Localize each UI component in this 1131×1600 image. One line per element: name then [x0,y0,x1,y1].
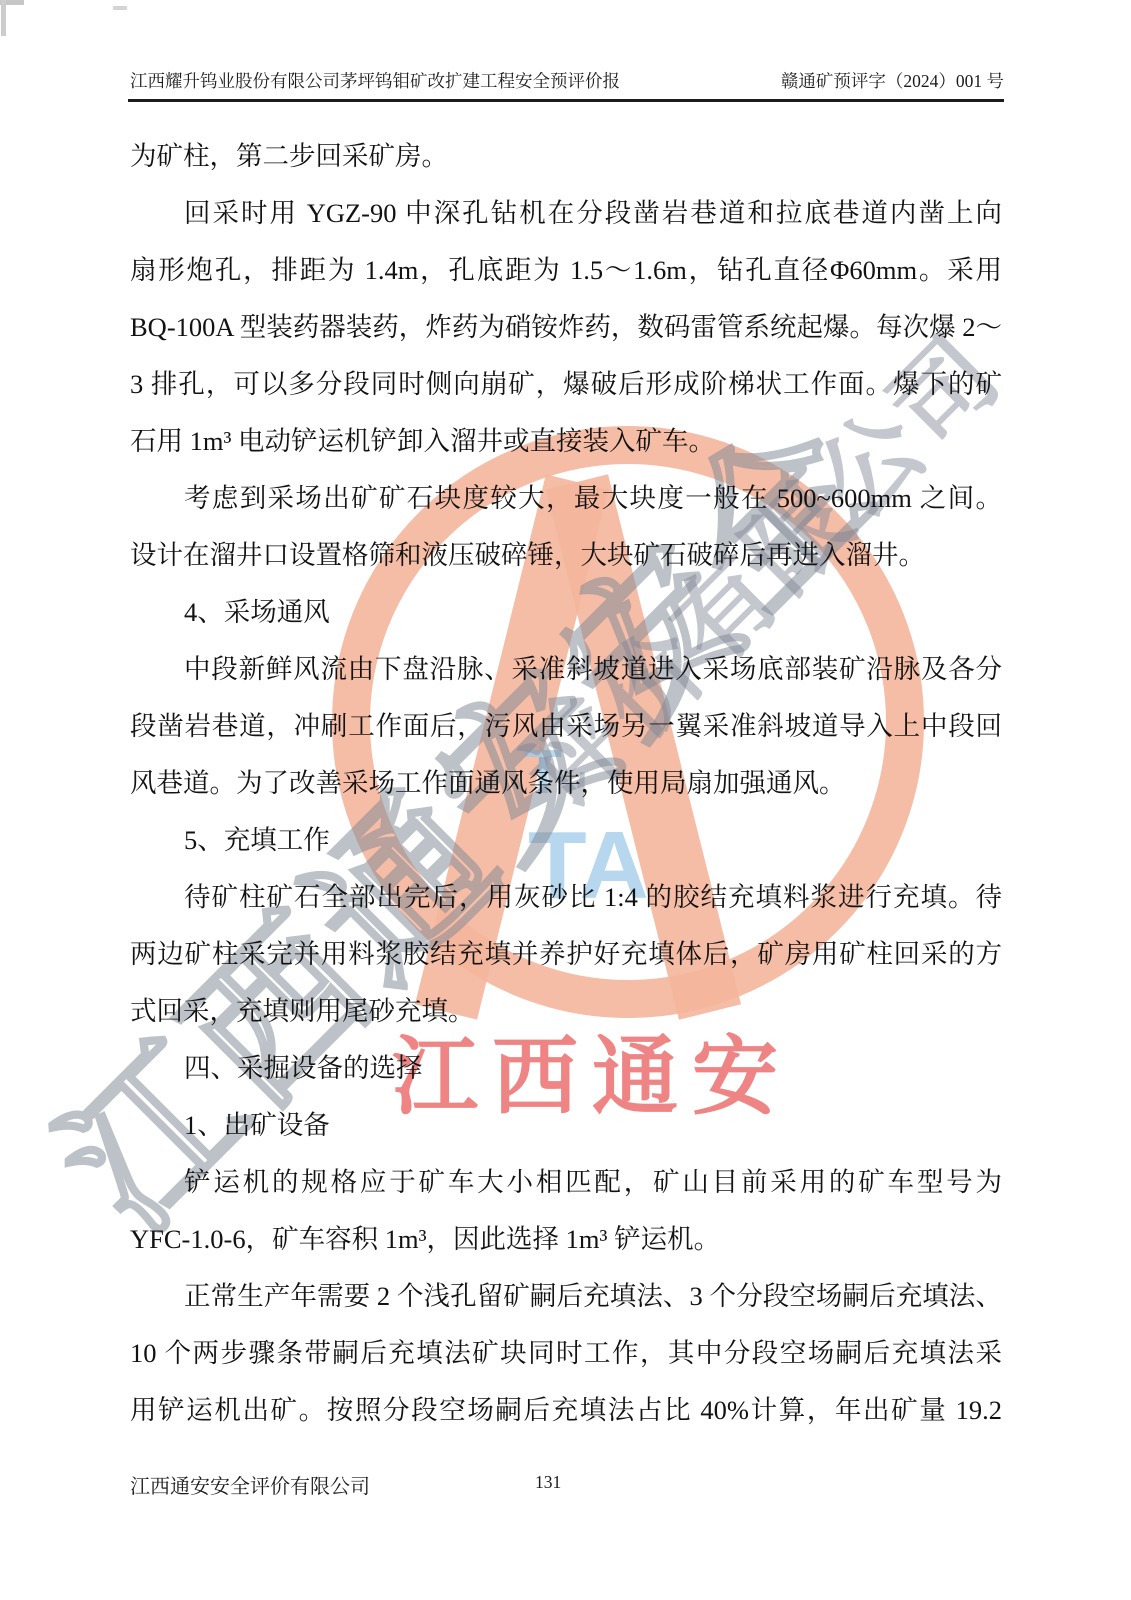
scan-artifact [1,0,6,36]
header-report-title: 江西耀升钨业股份有限公司茅坪钨钼矿改扩建工程安全预评价报 [130,68,620,93]
body-line: 考虑到采场出矿矿石块度较大，最大块度一般在 500~600mm 之间。 [130,470,1002,527]
body-line: 回采时用 YGZ-90 中深孔钻机在分段凿岩巷道和拉底巷道内凿上向 [130,185,1002,242]
body-line: 式回采，充填则用尾砂充填。 [130,983,1002,1040]
body-line: 设计在溜井口设置格筛和液压破碎锤，大块矿石破碎后再进入溜井。 [130,527,1002,584]
body-line: 4、采场通风 [130,584,1002,641]
footer-company-name: 江西通安安全评价有限公司 [130,1470,370,1499]
body-line: 铲运机的规格应于矿车大小相匹配，矿山目前采用的矿车型号为 [130,1154,1002,1211]
body-line: YFC-1.0-6，矿车容积 1m³，因此选择 1m³ 铲运机。 [130,1211,1002,1268]
body-line: 待矿柱矿石全部出完后，用灰砂比 1:4 的胶结充填料浆进行充填。待 [130,869,1002,926]
body-line: 风巷道。为了改善采场工作面通风条件，使用局扇加强通风。 [130,755,1002,812]
body-line: 两边矿柱采完并用料浆胶结充填并养护好充填体后，矿房用矿柱回采的方 [130,926,1002,983]
document-page: T TA 江西通安安全 评价有限公司 江西通安 江西耀升钨业股份有限公司茅坪钨钼… [0,0,1131,1600]
body-line: 石用 1m³ 电动铲运机铲卸入溜井或直接装入矿车。 [130,413,1002,470]
body-line: BQ-100A 型装药器装药，炸药为硝铵炸药，数码雷管系统起爆。每次爆 2～ [130,299,1002,356]
body-line: 中段新鲜风流由下盘沿脉、采准斜坡道进入采场底部装矿沿脉及各分 [130,641,1002,698]
page-number: 131 [535,1472,561,1493]
body-line: 5、充填工作 [130,812,1002,869]
body-line: 用铲运机出矿。按照分段空场嗣后充填法占比 40%计算，年出矿量 19.2 [130,1382,1002,1439]
header-document-number: 赣通矿预评字（2024）001 号 [781,68,1004,93]
body-line: 扇形炮孔，排距为 1.4m，孔底距为 1.5～1.6m，钻孔直径Φ60mm。采用 [130,242,1002,299]
body-line: 3 排孔，可以多分段同时侧向崩矿，爆破后形成阶梯状工作面。爆下的矿 [130,356,1002,413]
body-line: 1、出矿设备 [130,1097,1002,1154]
body-text: 为矿柱，第二步回采矿房。回采时用 YGZ-90 中深孔钻机在分段凿岩巷道和拉底巷… [130,128,1002,1439]
body-line: 正常生产年需要 2 个浅孔留矿嗣后充填法、3 个分段空场嗣后充填法、 [130,1268,1002,1325]
body-line: 10 个两步骤条带嗣后充填法矿块同时工作，其中分段空场嗣后充填法采 [130,1325,1002,1382]
body-line: 为矿柱，第二步回采矿房。 [130,128,1002,185]
scan-artifact [113,6,127,10]
body-line: 四、采掘设备的选择 [130,1040,1002,1097]
body-line: 段凿岩巷道，冲刷工作面后，污风由采场另一翼采准斜坡道导入上中段回 [130,698,1002,755]
header-divider [128,99,1004,102]
